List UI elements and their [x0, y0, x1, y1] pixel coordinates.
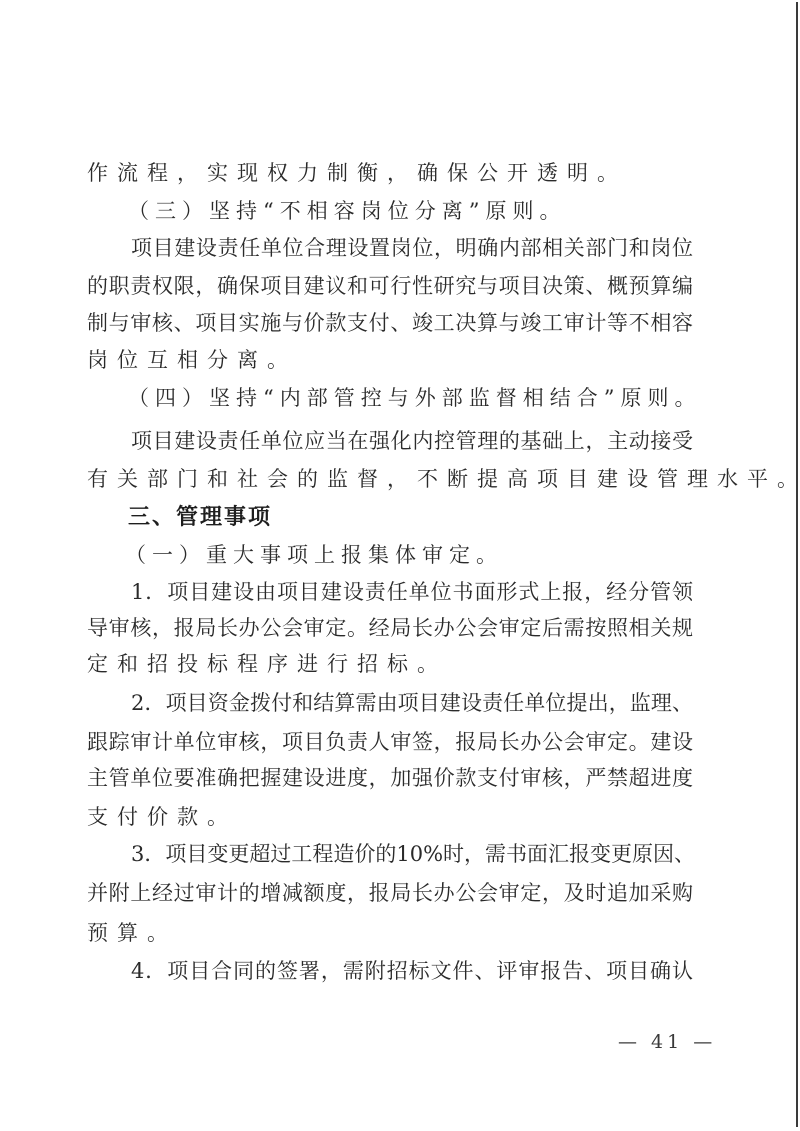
paragraph-line: 定和招投标程序进行招标。 — [87, 649, 447, 679]
paragraph-line: 的职责权限，确保项目建议和可行性研究与项目决策、概预算编 — [87, 271, 693, 301]
paragraph-line: 导审核，报局长办公会审定。经局长办公会审定后需按照相关规 — [87, 613, 693, 643]
section-subheading: （一）重大事项上报集体审定。 — [125, 540, 503, 570]
paragraph-line: 支付价款。 — [87, 802, 237, 832]
paragraph-line: 主管单位要准确把握建设进度，加强价款支付审核，严禁超进度 — [87, 763, 693, 793]
paragraph-line: 1．项目建设由项目建设责任单位书面形式上报，经分管领 — [131, 577, 693, 607]
scan-edge-border — [796, 2, 798, 1127]
paragraph-line: 2．项目资金拨付和结算需由项目建设责任单位提出，监理、 — [131, 688, 693, 718]
paragraph-line: 岗位互相分离。 — [87, 345, 297, 375]
document-page: 作流程，实现权力制衡，确保公开透明。 （三）坚持“不相容岗位分离”原则。 项目建… — [0, 0, 800, 1131]
paragraph-line: 项目建设责任单位应当在强化内控管理的基础上，主动接受 — [131, 426, 693, 456]
paragraph-line: 跟踪审计单位审核，项目负责人审签，报局长办公会审定。建设 — [87, 727, 693, 757]
paragraph-line: 有关部门和社会的监督，不断提高项目建设管理水平。 — [87, 464, 800, 494]
section-subheading: （三）坚持“不相容岗位分离”原则。 — [128, 196, 566, 226]
page-number: — 41 — — [618, 1031, 716, 1053]
section-heading: 三、管理事项 — [128, 503, 272, 533]
paragraph-line: 并附上经过审计的增减额度，报局长办公会审定，及时追加采购 — [87, 878, 693, 908]
paragraph-line: 项目建设责任单位合理设置岗位，明确内部相关部门和岗位 — [131, 233, 693, 263]
paragraph-line: 作流程，实现权力制衡，确保公开透明。 — [87, 158, 627, 188]
paragraph-line: 4．项目合同的签署，需附招标文件、评审报告、项目确认 — [131, 956, 693, 986]
paragraph-line: 制与审核、项目实施与价款支付、竣工决算与竣工审计等不相容 — [87, 308, 693, 338]
paragraph-line: 预算。 — [87, 918, 177, 948]
section-subheading: （四）坚持“内部管控与外部监督相结合”原则。 — [128, 383, 701, 413]
paragraph-line: 3．项目变更超过工程造价的10%时，需书面汇报变更原因、 — [131, 839, 693, 869]
